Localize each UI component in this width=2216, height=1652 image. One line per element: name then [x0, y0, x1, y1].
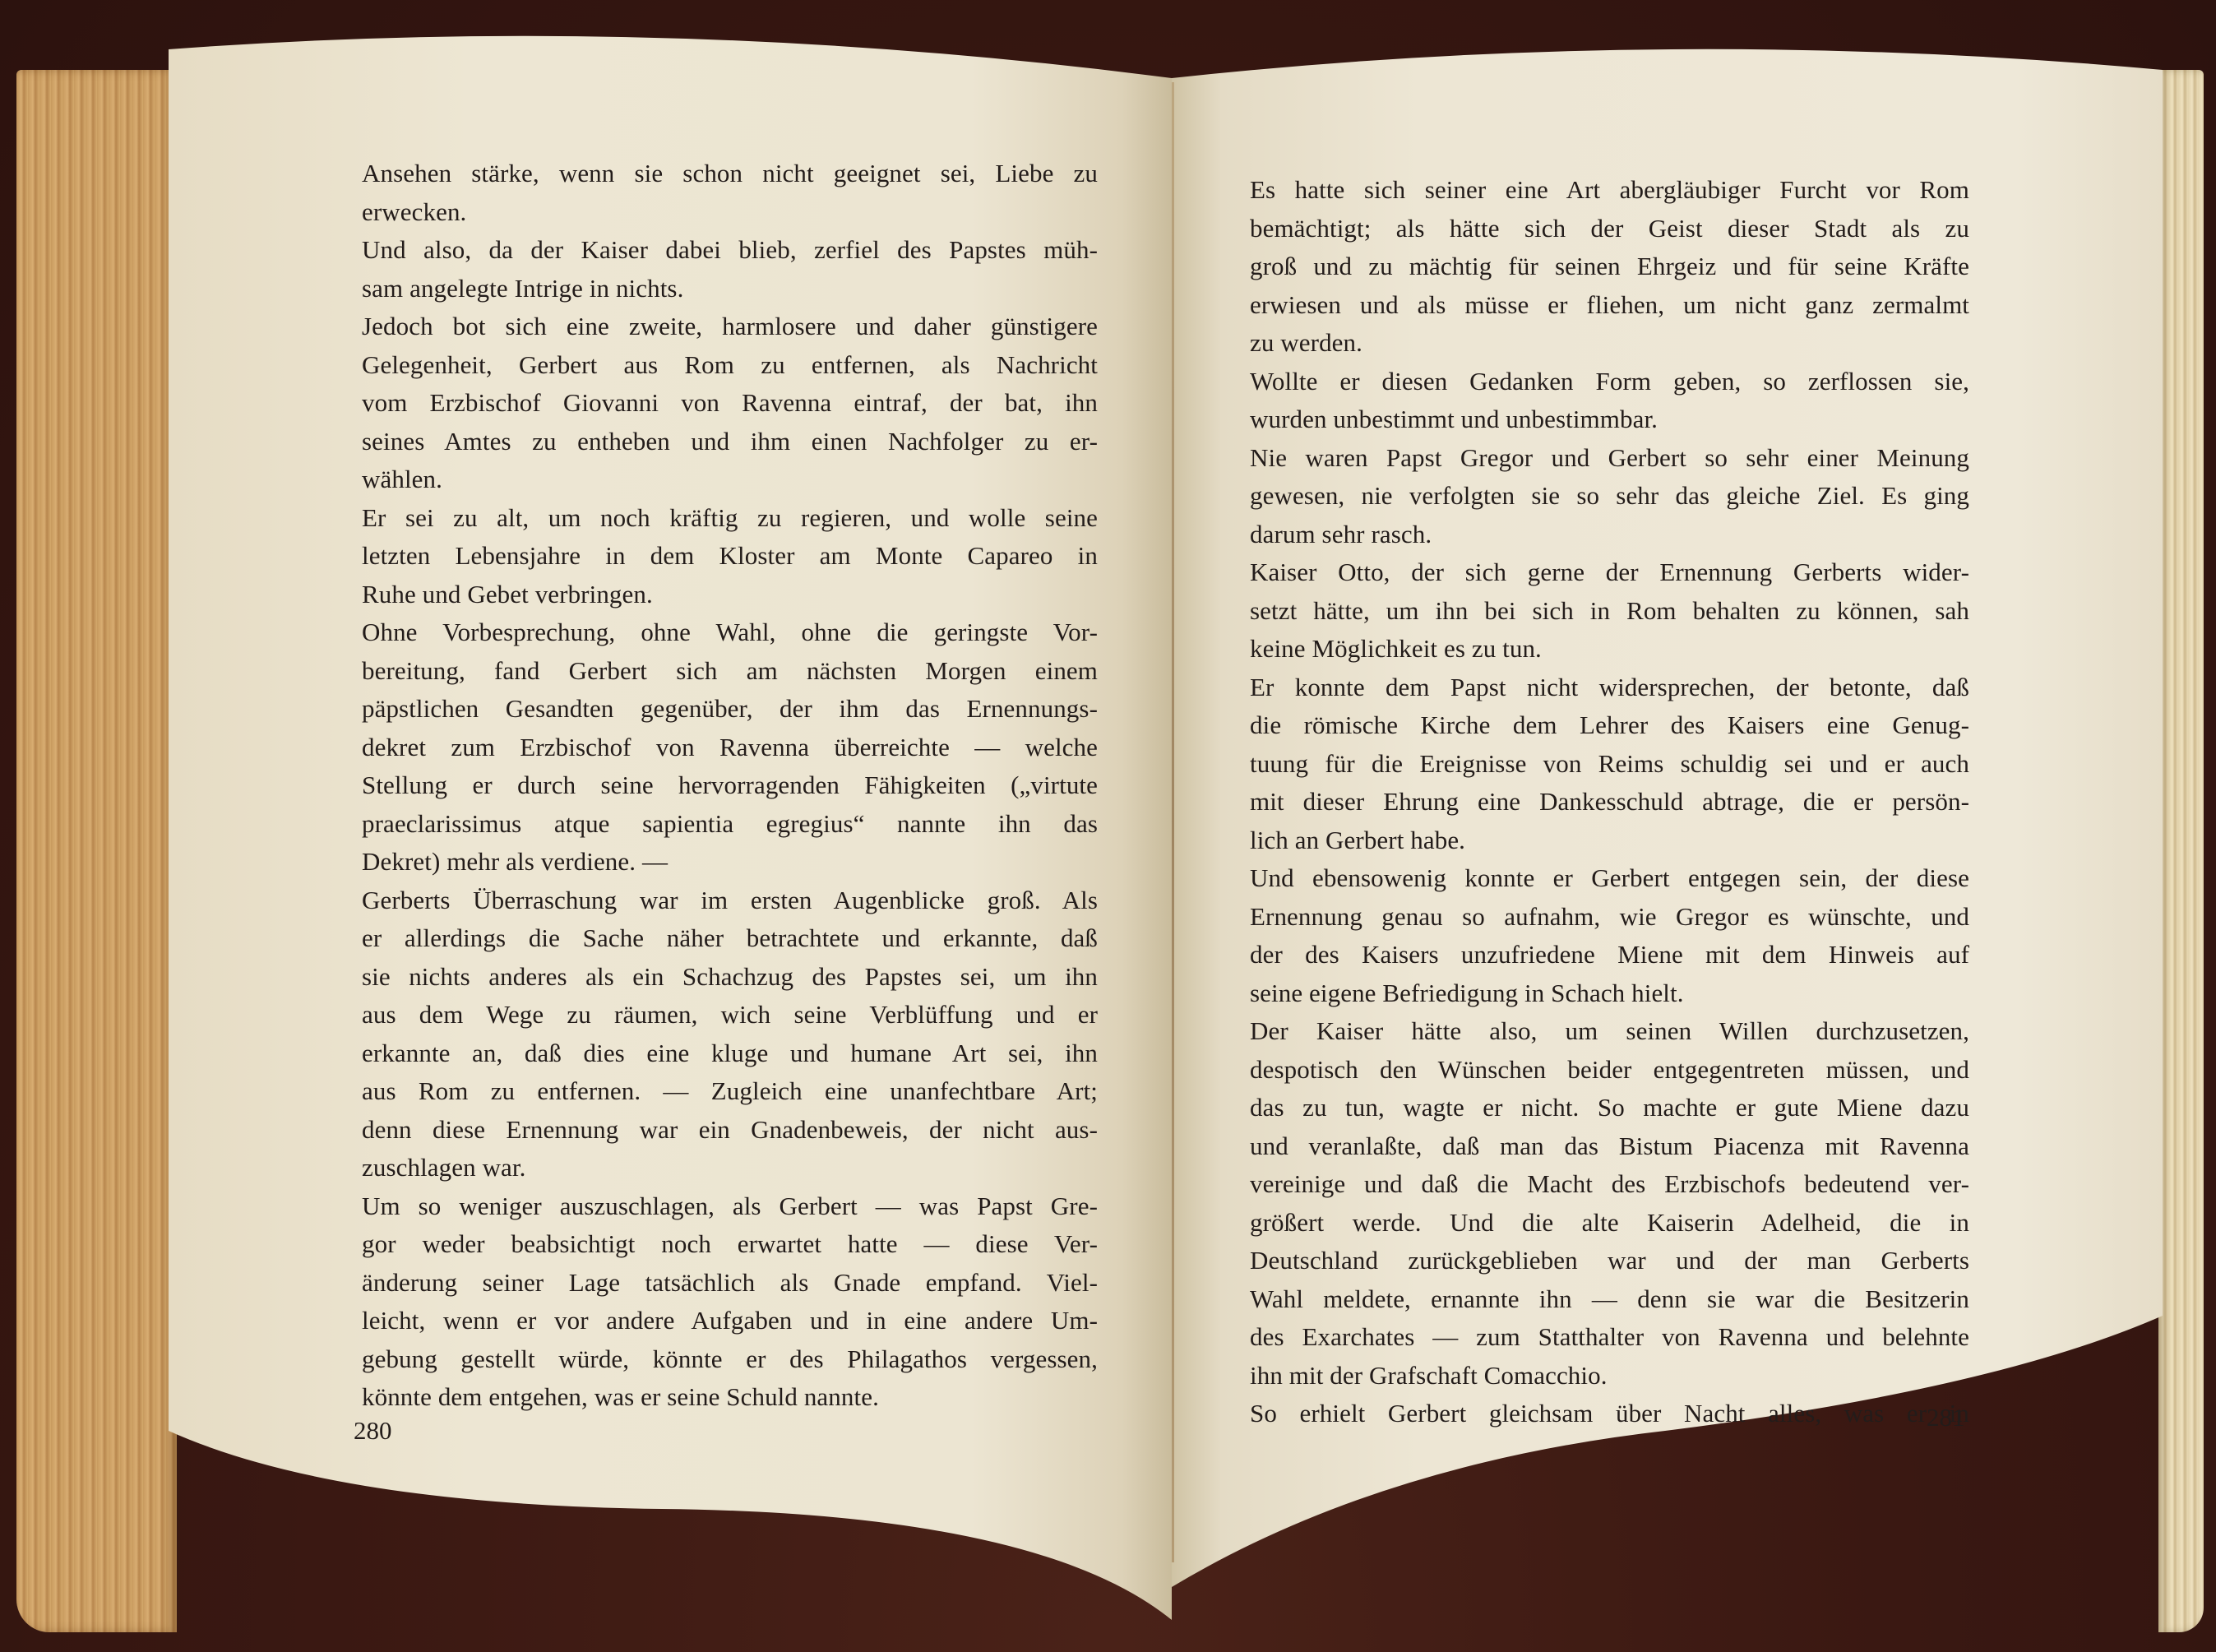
text-line: wählen.	[362, 460, 1098, 499]
text-line: Es hatte sich seiner eine Art abergläubi…	[1250, 171, 1969, 210]
text-line: gor weder beabsichtigt noch erwartet hat…	[362, 1225, 1098, 1264]
text-line: wurden unbestimmt und unbestimmbar.	[1250, 400, 1969, 439]
text-line: das zu tun, wagte er nicht. So machte er…	[1250, 1089, 1969, 1127]
text-line: mit dieser Ehrung eine Dankesschuld abtr…	[1250, 783, 1969, 821]
text-line: Nie waren Papst Gregor und Gerbert so se…	[1250, 439, 1969, 478]
page-number-left: 280	[354, 1416, 392, 1446]
text-line: tuung für die Ereignisse von Reims schul…	[1250, 745, 1969, 784]
text-line: Jedoch bot sich eine zweite, harmlosere …	[362, 308, 1098, 346]
text-line: Ansehen stärke, wenn sie schon nicht gee…	[362, 155, 1098, 193]
text-line: praeclarissimus atque sapientia egregius…	[362, 805, 1098, 844]
text-line: vom Erzbischof Giovanni von Ravenna eint…	[362, 384, 1098, 423]
text-line: vereinige und daß die Macht des Erzbisch…	[1250, 1165, 1969, 1204]
text-line: bemächtigt; als hätte sich der Geist die…	[1250, 210, 1969, 248]
text-line: Ruhe und Gebet verbringen.	[362, 576, 1098, 614]
text-line: denn diese Ernennung war ein Gnadenbewei…	[362, 1111, 1098, 1150]
text-line: Ohne Vorbesprechung, ohne Wahl, ohne die…	[362, 613, 1098, 652]
text-line: despotisch den Wünschen beider entgegent…	[1250, 1051, 1969, 1090]
text-line: Dekret) mehr als verdiene. —	[362, 843, 1098, 882]
text-line: des Exarchates — zum Statthalter von Rav…	[1250, 1318, 1969, 1357]
text-line: Gelegenheit, Gerbert aus Rom zu entferne…	[362, 346, 1098, 385]
text-line: und veranlaßte, daß man das Bistum Piace…	[1250, 1127, 1969, 1166]
page-edges-right	[2158, 70, 2204, 1632]
text-line: Der Kaiser hätte also, um seinen Willen …	[1250, 1012, 1969, 1051]
text-line: keine Möglichkeit es zu tun.	[1250, 630, 1969, 669]
left-page-text: Ansehen stärke, wenn sie schon nicht gee…	[362, 155, 1098, 1417]
right-page-text: Es hatte sich seiner eine Art abergläubi…	[1250, 171, 1969, 1433]
text-line: sam angelegte Intrige in nichts.	[362, 270, 1098, 308]
text-line: Gerberts Überraschung war im ersten Auge…	[362, 882, 1098, 920]
text-line: päpstlichen Gesandten gegenüber, der ihm…	[362, 690, 1098, 729]
text-line: gebung gestellt würde, könnte er des Phi…	[362, 1340, 1098, 1379]
text-line: letzten Lebensjahre in dem Kloster am Mo…	[362, 537, 1098, 576]
page-number-right: 281	[1927, 1403, 1965, 1432]
text-line: erwiesen und als müsse er fliehen, um ni…	[1250, 286, 1969, 325]
text-line: erwecken.	[362, 193, 1098, 232]
text-line: könnte dem entgehen, was er seine Schuld…	[362, 1378, 1098, 1417]
text-line: änderung seiner Lage tatsächlich als Gna…	[362, 1264, 1098, 1303]
text-line: Kaiser Otto, der sich gerne der Ernennun…	[1250, 553, 1969, 592]
text-line: Er konnte dem Papst nicht widersprechen,…	[1250, 669, 1969, 707]
text-line: So erhielt Gerbert gleichsam über Nacht …	[1250, 1395, 1969, 1433]
text-line: der des Kaisers unzufriedene Miene mit d…	[1250, 936, 1969, 974]
book-spine-gutter	[1172, 82, 1174, 1562]
text-line: Stellung er durch seine hervorragenden F…	[362, 766, 1098, 805]
text-line: Er sei zu alt, um noch kräftig zu regier…	[362, 499, 1098, 538]
text-line: bereitung, fand Gerbert sich am nächsten…	[362, 652, 1098, 691]
text-line: Wollte er diesen Gedanken Form geben, so…	[1250, 363, 1969, 401]
text-line: er allerdings die Sache näher betrachtet…	[362, 919, 1098, 958]
text-line: Um so weniger auszuschlagen, als Gerbert…	[362, 1187, 1098, 1226]
text-line: Wahl meldete, ernannte ihn — denn sie wa…	[1250, 1280, 1969, 1319]
text-line: aus Rom zu entfernen. — Zugleich eine un…	[362, 1072, 1098, 1111]
text-line: zuschlagen war.	[362, 1149, 1098, 1187]
text-line: Ernennung genau so aufnahm, wie Gregor e…	[1250, 898, 1969, 937]
text-line: gewesen, nie verfolgten sie so sehr das …	[1250, 477, 1969, 516]
text-line: die römische Kirche dem Lehrer des Kaise…	[1250, 706, 1969, 745]
text-line: seine eigene Befriedigung in Schach hiel…	[1250, 974, 1969, 1013]
text-line: ihn mit der Grafschaft Comacchio.	[1250, 1357, 1969, 1395]
text-line: lich an Gerbert habe.	[1250, 821, 1969, 860]
text-line: sie nichts anderes als ein Schachzug des…	[362, 958, 1098, 997]
text-line: dekret zum Erzbischof von Ravenna überre…	[362, 729, 1098, 767]
page-edges-left	[16, 70, 177, 1632]
text-line: setzt hätte, um ihn bei sich in Rom beha…	[1250, 592, 1969, 631]
text-line: zu werden.	[1250, 324, 1969, 363]
text-line: Und also, da der Kaiser dabei blieb, zer…	[362, 231, 1098, 270]
text-line: Und ebensowenig konnte er Gerbert entgeg…	[1250, 859, 1969, 898]
text-line: erkannte an, daß dies eine kluge und hum…	[362, 1034, 1098, 1073]
text-line: aus dem Wege zu räumen, wich seine Verbl…	[362, 996, 1098, 1034]
text-line: darum sehr rasch.	[1250, 516, 1969, 554]
text-line: größert werde. Und die alte Kaiserin Ade…	[1250, 1204, 1969, 1242]
text-line: groß und zu mächtig für seinen Ehrgeiz u…	[1250, 248, 1969, 286]
text-line: seines Amtes zu entheben und ihm einen N…	[362, 423, 1098, 461]
text-line: Deutschland zurückgeblieben war und der …	[1250, 1242, 1969, 1280]
text-line: leicht, wenn er vor andere Aufgaben und …	[362, 1302, 1098, 1340]
